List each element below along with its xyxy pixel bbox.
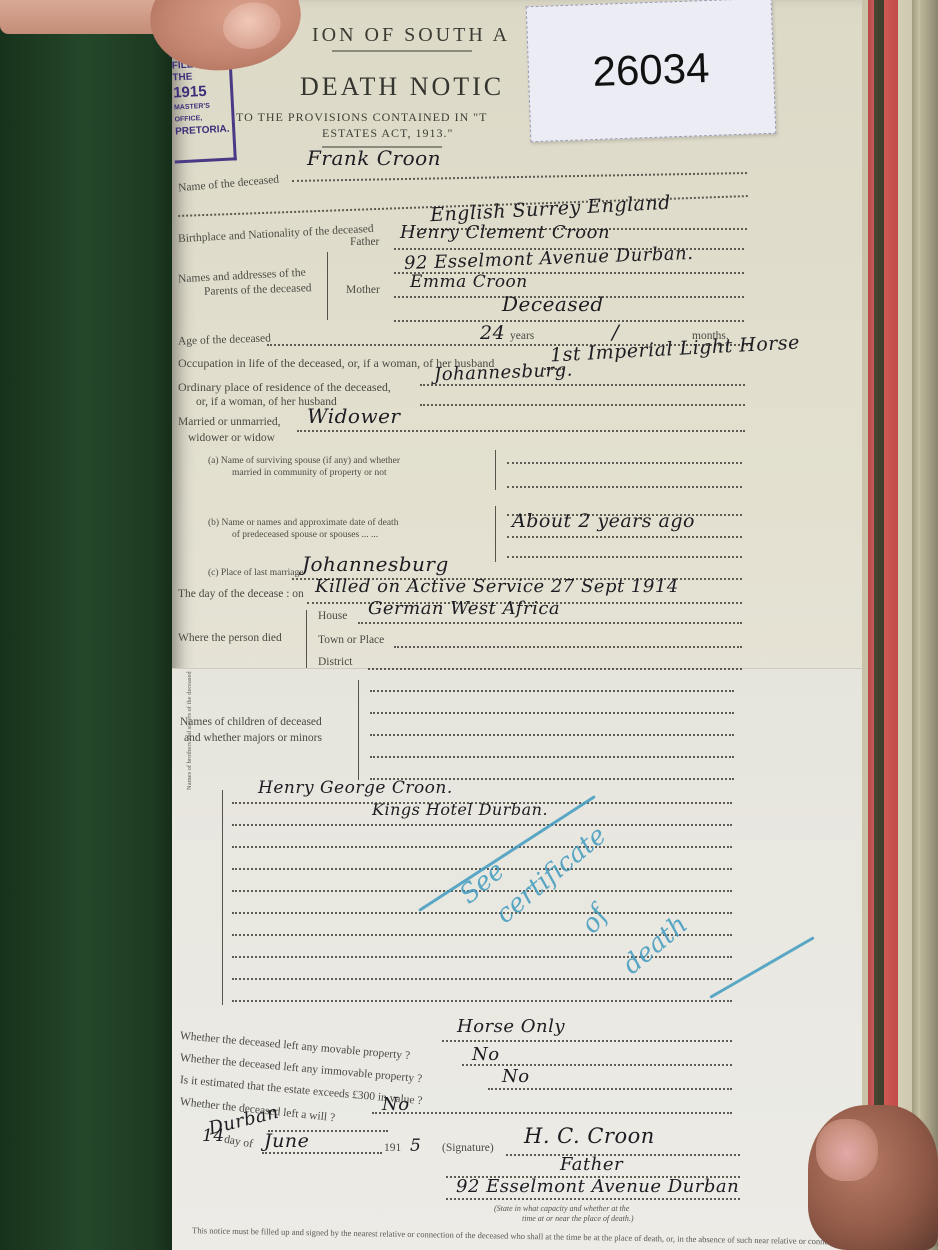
last-marriage-value: Johannesburg <box>302 552 449 576</box>
children-line <box>370 756 734 758</box>
movable-value: Horse Only <box>457 1016 565 1037</box>
age-years: 24 <box>480 322 505 344</box>
spouse-line <box>507 462 742 464</box>
name-label: Name of the deceased <box>178 174 280 195</box>
brace <box>327 252 328 320</box>
father-name: Henry Clement Croon <box>400 222 610 243</box>
mother-label: Mother <box>346 284 380 296</box>
residence-label: Ordinary place of residence of the decea… <box>178 380 391 395</box>
marital-value: Widower <box>307 404 400 428</box>
book-cover <box>0 30 190 1250</box>
age-label: Age of the deceased <box>178 332 271 347</box>
mother-address-line <box>394 320 744 322</box>
death-day-label: The day of the decease : on <box>178 588 304 600</box>
year-label: 191 <box>384 1142 401 1154</box>
brace <box>495 506 496 562</box>
district-line <box>368 668 742 670</box>
siblings-side-label: Names of brothers and sisters of the dec… <box>186 590 193 790</box>
siblings-line <box>232 824 732 826</box>
header-act: ESTATES ACT, 1913." <box>322 126 453 141</box>
thumb <box>808 1105 938 1250</box>
town-label: Town or Place <box>318 634 384 646</box>
reference-number-label: 26034 <box>526 0 777 142</box>
children-line <box>370 712 734 714</box>
name-line <box>292 172 747 182</box>
children-label: Names of children of deceased <box>180 716 322 728</box>
spouse-label-2: married in community of property or not <box>232 468 387 478</box>
marital-label: Married or unmarried, <box>178 416 281 428</box>
page-edges <box>860 0 938 1250</box>
capacity-note-2: time at or near the place of death.) <box>522 1214 634 1223</box>
death-place-label: Where the person died <box>178 632 282 644</box>
parents-label-2: Parents of the deceased <box>204 282 312 298</box>
house-value: German West Africa <box>368 598 560 619</box>
month-value: June <box>264 1130 309 1152</box>
brace <box>495 450 496 490</box>
stamp-line: MASTER'S OFFICE, <box>174 100 230 127</box>
mother-address: Deceased <box>502 292 604 316</box>
header-union: ION OF SOUTH A <box>312 24 510 47</box>
district-label: District <box>318 656 353 668</box>
siblings-line <box>232 1000 732 1002</box>
children-label-2: and whether majors or minors <box>184 732 322 744</box>
marital-label-2: widower or widow <box>188 432 275 444</box>
siblings-line <box>232 912 732 914</box>
brace <box>222 790 223 1005</box>
brace <box>358 680 359 780</box>
signer-address: 92 Esselmont Avenue Durban <box>456 1176 739 1197</box>
mother-name: Emma Croon <box>410 272 528 292</box>
residence-line <box>420 384 745 386</box>
year-value: 5 <box>410 1136 421 1156</box>
signature-label: (Signature) <box>442 1142 494 1154</box>
header-provision: TO THE PROVISIONS CONTAINED IN "T <box>236 110 488 125</box>
day-value: 14 <box>202 1126 225 1146</box>
death-day-value: Killed on Active Service 27 Sept 1914 <box>315 576 679 597</box>
capacity-note: (State in what capacity and whether at t… <box>494 1204 629 1213</box>
marital-line <box>297 430 745 432</box>
house-label: House <box>318 610 347 622</box>
father-label: Father <box>350 236 379 248</box>
years-label: years <box>508 330 536 342</box>
address-line <box>446 1198 740 1200</box>
sibling-entry-address: Kings Hotel Durban. <box>372 800 548 819</box>
month-line <box>262 1152 382 1154</box>
predeceased-line-2 <box>507 536 742 538</box>
last-marriage-label: (c) Place of last marriage <box>208 568 303 578</box>
death-notice-page: FILED THE 1915 MASTER'S OFFICE, PRETORIA… <box>172 0 862 1250</box>
spouse-line-2 <box>507 486 742 488</box>
siblings-line <box>232 846 732 848</box>
estate-line <box>488 1088 732 1090</box>
immovable-value: No <box>472 1044 500 1065</box>
house-line <box>358 622 742 624</box>
movable-line <box>442 1040 732 1042</box>
occupation-value: 1st Imperial Light Horse <box>550 331 801 366</box>
predeceased-label: (b) Name or names and approximate date o… <box>208 518 398 528</box>
signature-value: H. C. Croon <box>524 1124 655 1148</box>
name-value: Frank Croon <box>307 146 441 170</box>
predeceased-line-3 <box>507 556 742 558</box>
town-line <box>394 646 742 648</box>
residence-line-2 <box>420 404 745 406</box>
birthplace-label: Birthplace and Nationality of the deceas… <box>178 223 374 245</box>
will-value: No <box>382 1094 410 1115</box>
will-line <box>372 1112 732 1114</box>
thumbnail <box>816 1119 878 1181</box>
thumbnail <box>219 0 285 54</box>
brace <box>306 610 307 668</box>
residence-value: Johannesburg. <box>434 360 574 386</box>
children-line <box>370 734 734 736</box>
page-title: DEATH NOTIC <box>300 72 504 102</box>
predeceased-label-2: of predeceased spouse or spouses ... ... <box>232 530 378 540</box>
sibling-entry-name: Henry George Croon. <box>258 778 453 798</box>
header-rule <box>332 50 472 52</box>
predeceased-value: About 2 years ago <box>512 510 695 532</box>
children-line <box>370 690 734 692</box>
estate-value: No <box>502 1066 530 1087</box>
stamp-line: PRETORIA. <box>175 124 231 139</box>
spouse-label: (a) Name of surviving spouse (if any) an… <box>208 456 400 466</box>
siblings-line <box>232 978 732 980</box>
capacity-value: Father <box>560 1154 623 1175</box>
